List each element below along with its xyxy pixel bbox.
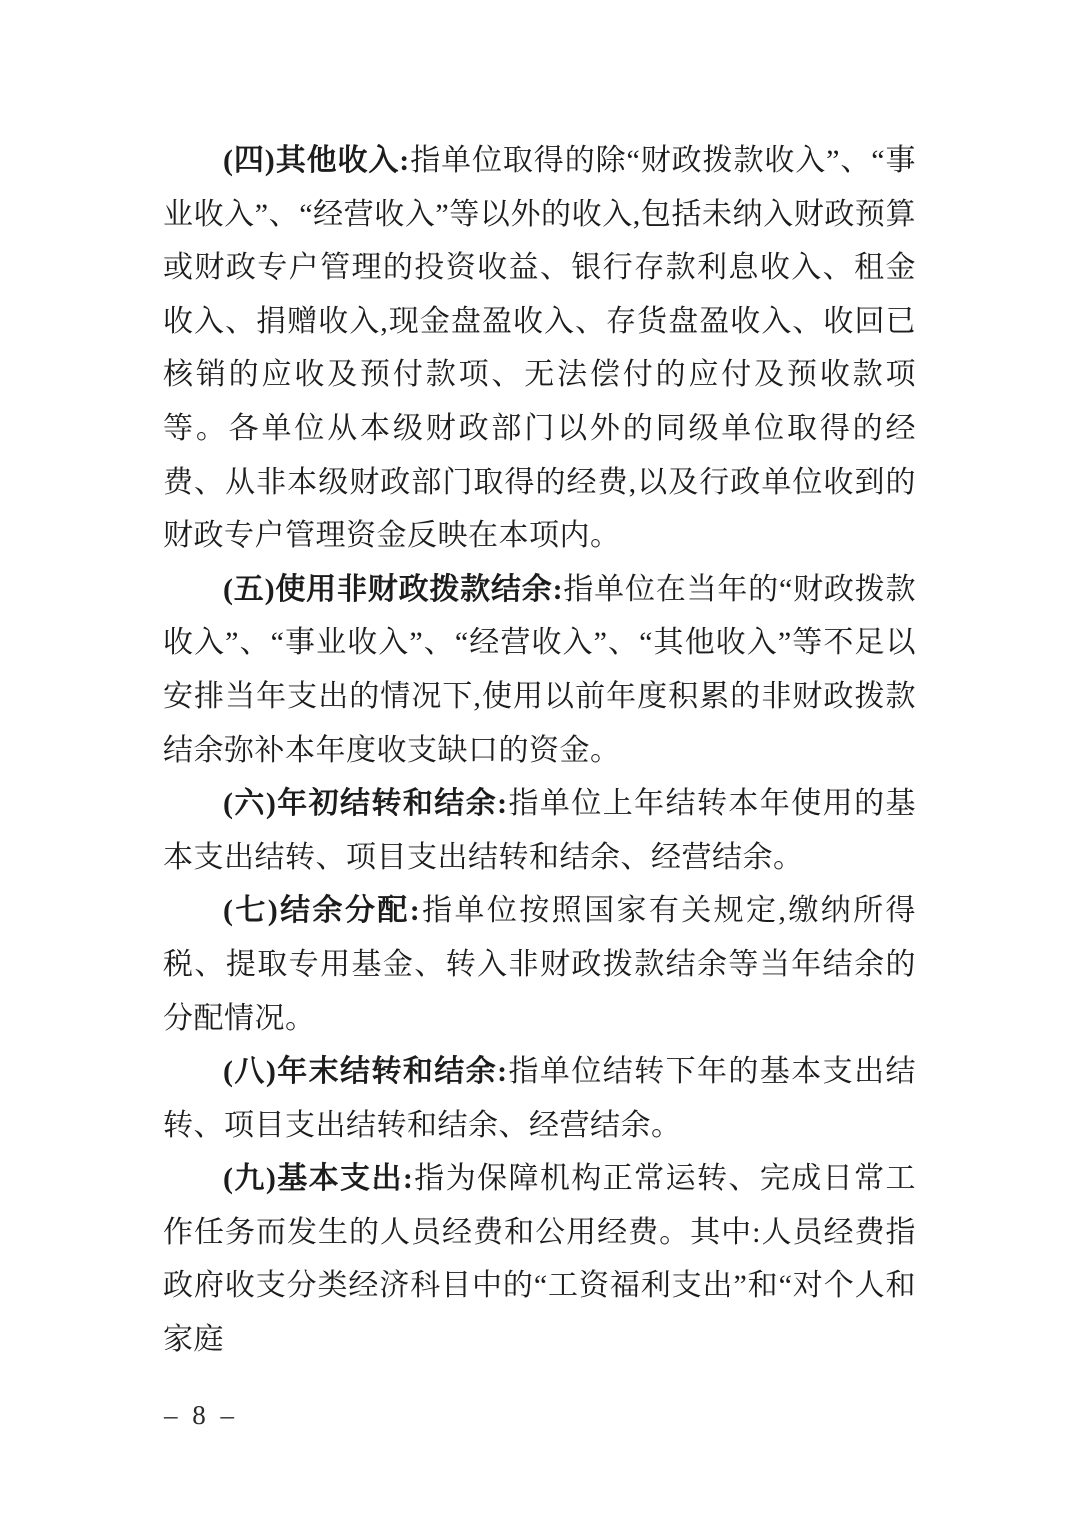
paragraph: (八)年末结转和结余:指单位结转下年的基本支出结转、项目支出结转和结余、经营结余… bbox=[163, 1045, 916, 1152]
paragraph-text: 指单位取得的除“财政拨款收入”、“事业收入”、“经营收入”等以外的收入,包括未纳… bbox=[163, 144, 916, 552]
paragraph: (五)使用非财政拨款结余:指单位在当年的“财政拨款收入”、“事业收入”、“经营收… bbox=[163, 563, 916, 777]
page-number: – 8 – bbox=[164, 1400, 238, 1431]
paragraph-heading: (七)结余分配: bbox=[223, 894, 420, 927]
paragraph: (六)年初结转和结余:指单位上年结转本年使用的基本支出结转、项目支出结转和结余、… bbox=[163, 777, 916, 884]
paragraph-heading: (六)年初结转和结余: bbox=[223, 787, 508, 820]
document-page: (四)其他收入:指单位取得的除“财政拨款收入”、“事业收入”、“经营收入”等以外… bbox=[0, 0, 1075, 1520]
document-body: (四)其他收入:指单位取得的除“财政拨款收入”、“事业收入”、“经营收入”等以外… bbox=[163, 134, 916, 1367]
paragraph-heading: (四)其他收入: bbox=[223, 144, 410, 177]
paragraph: (七)结余分配:指单位按照国家有关规定,缴纳所得税、提取专用基金、转入非财政拨款… bbox=[163, 884, 916, 1045]
paragraph-heading: (九)基本支出: bbox=[223, 1162, 413, 1195]
paragraph-heading: (五)使用非财政拨款结余: bbox=[223, 573, 563, 606]
paragraph: (九)基本支出:指为保障机构正常运转、完成日常工作任务而发生的人员经费和公用经费… bbox=[163, 1152, 916, 1366]
paragraph: (四)其他收入:指单位取得的除“财政拨款收入”、“事业收入”、“经营收入”等以外… bbox=[163, 134, 916, 563]
paragraph-heading: (八)年末结转和结余: bbox=[223, 1055, 508, 1088]
